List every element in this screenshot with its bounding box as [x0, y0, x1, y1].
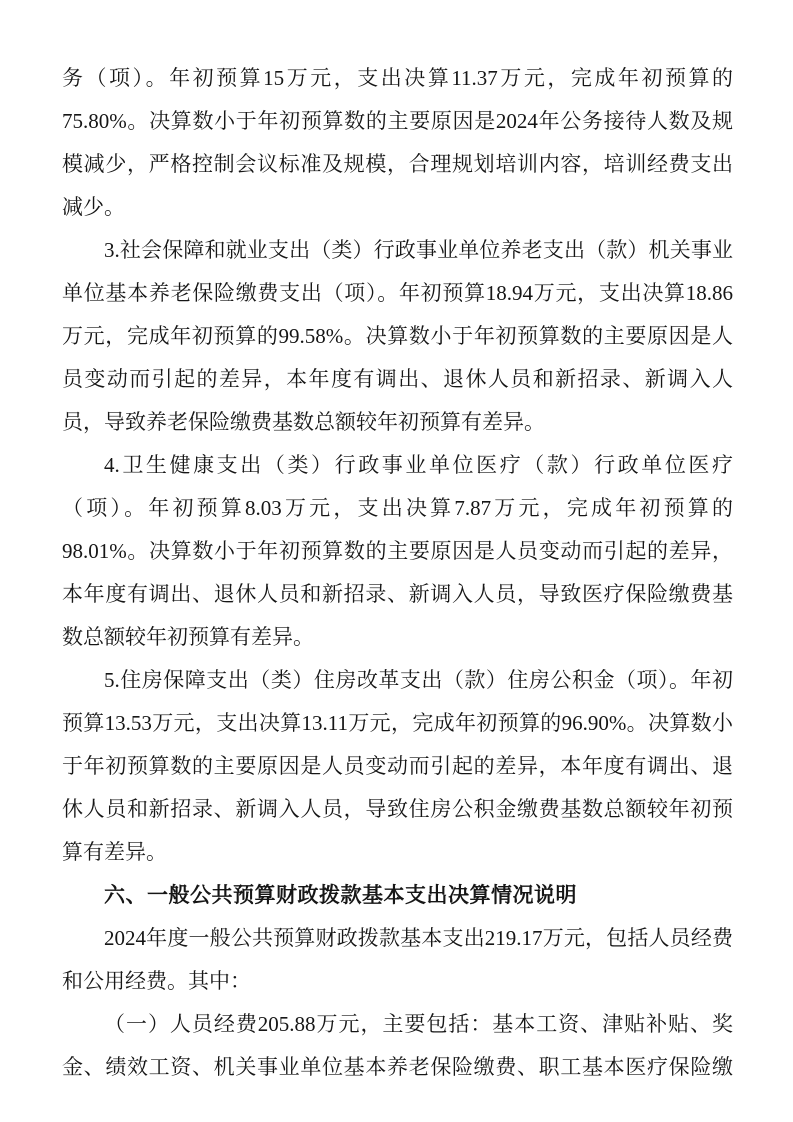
paragraph-item-4-health: 4.卫生健康支出（类）行政事业单位医疗（款）行政单位医疗（项）。年初预算8.03… [62, 444, 733, 659]
paragraph-basic-expenditure-total: 2024年度一般公共预算财政拨款基本支出219.17万元，包括人员经费和公用经费… [62, 917, 733, 1003]
section-heading-6: 六、一般公共预算财政拨款基本支出决算情况说明 [62, 874, 733, 917]
paragraph-item-5-housing: 5.住房保障支出（类）住房改革支出（款）住房公积金（项）。年初预算13.53万元… [62, 659, 733, 874]
document-page: 务（项）。年初预算15万元，支出决算11.37万元，完成年初预算的75.80%。… [0, 0, 793, 1122]
paragraph-personnel-expense: （一）人员经费205.88万元，主要包括：基本工资、津贴补贴、奖金、绩效工资、机… [62, 1003, 733, 1089]
document-body: 务（项）。年初预算15万元，支出决算11.37万元，完成年初预算的75.80%。… [62, 57, 733, 1089]
paragraph-continued: 务（项）。年初预算15万元，支出决算11.37万元，完成年初预算的75.80%。… [62, 57, 733, 229]
paragraph-item-3-social-security: 3.社会保障和就业支出（类）行政事业单位养老支出（款）机关事业单位基本养老保险缴… [62, 229, 733, 444]
